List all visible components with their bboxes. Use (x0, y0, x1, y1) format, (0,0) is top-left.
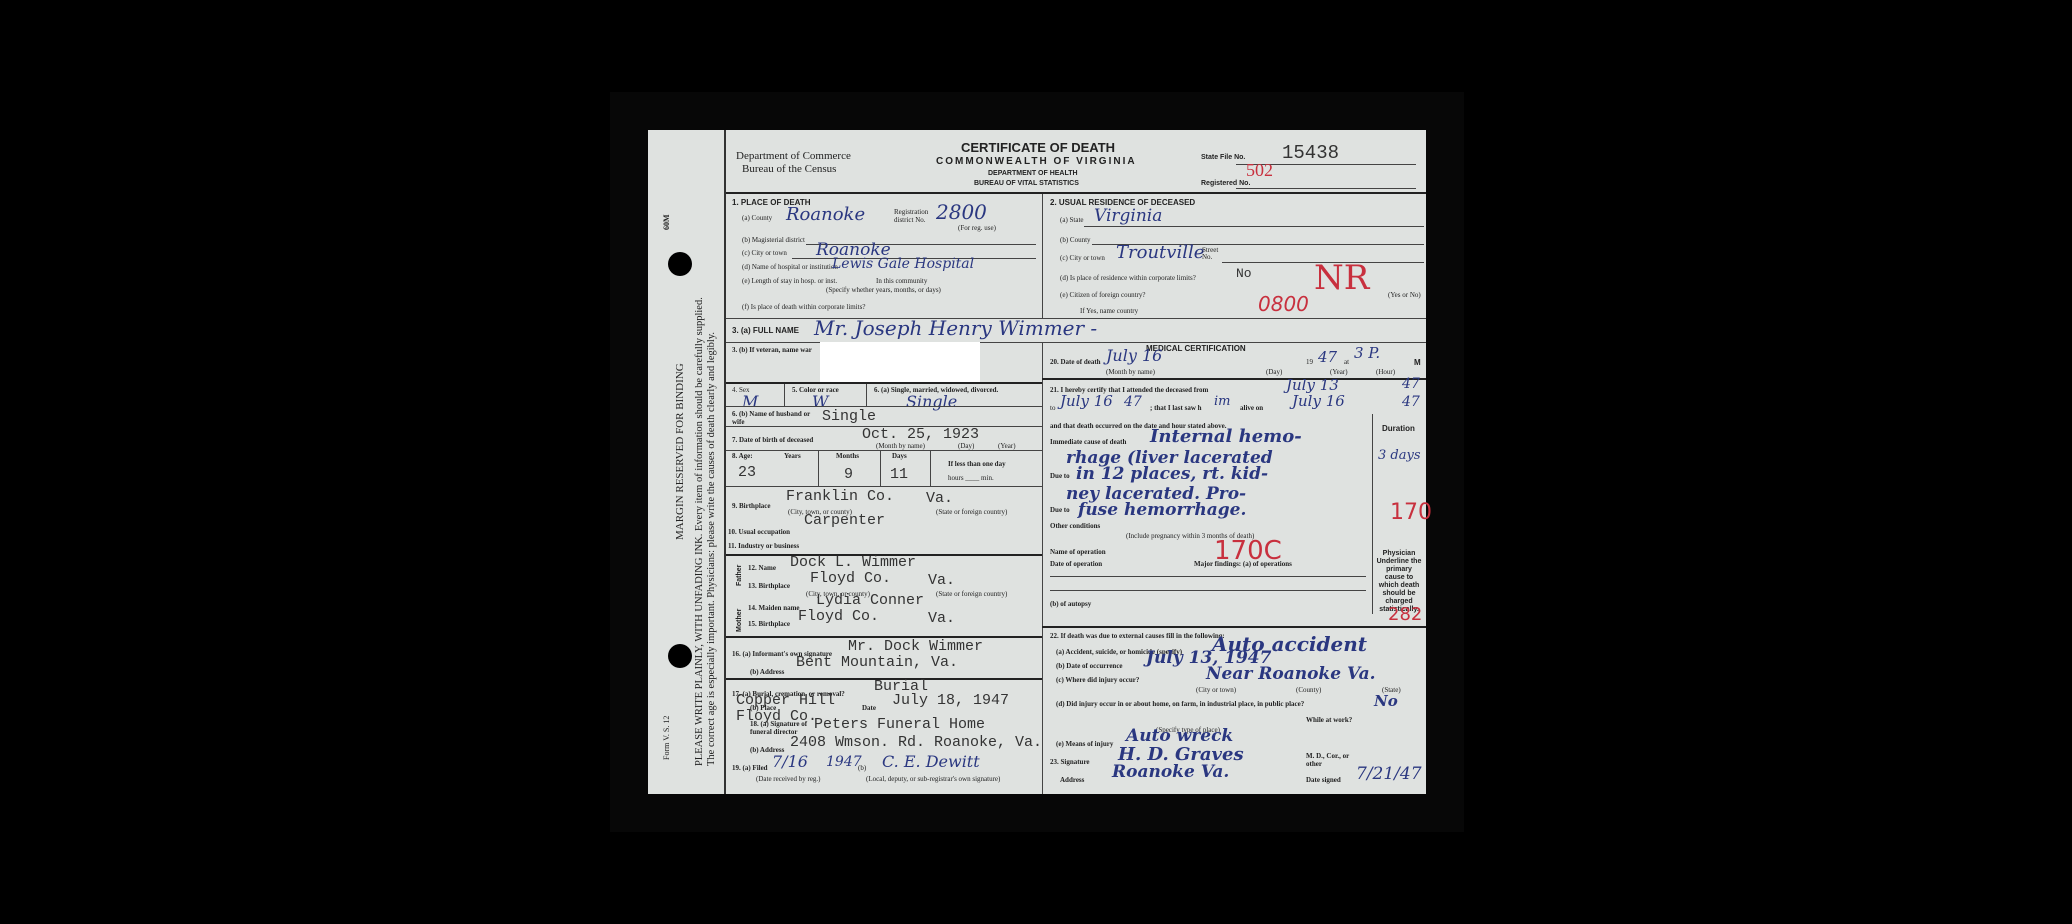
mother-birthplace-city: Floyd Co. (798, 608, 879, 625)
red-code-170: 170 (1390, 500, 1432, 525)
filed-date: 7/16 (772, 752, 808, 771)
residence-state: Virginia (1094, 206, 1162, 226)
funeral-director-address: 2408 Wmson. Rd. Roanoke, Va. (790, 734, 1042, 751)
binding-margin: Form V. S. 12 60M MARGIN RESERVED FOR BI… (648, 130, 724, 794)
registered-label: Registered No. (1201, 180, 1250, 187)
state-file-number: 15438 (1282, 142, 1339, 164)
attended-from-year: 47 (1402, 376, 1420, 392)
date-signed: 7/21/47 (1356, 764, 1422, 784)
state-file-label: State File No. (1201, 154, 1245, 161)
father-name: Dock L. Wimmer (790, 554, 916, 571)
informant-signature: Mr. Dock Wimmer (848, 638, 983, 655)
binding-note: MARGIN RESERVED FOR BINDING (674, 363, 686, 540)
informant-address: Bent Mountain, Va. (796, 654, 958, 671)
marital-status: Single (906, 392, 957, 411)
hospital-name: Lewis Gale Hospital (832, 256, 974, 272)
bureau-census: Bureau of the Census (742, 163, 836, 175)
redacted-area (820, 342, 980, 382)
sex: M (742, 392, 758, 411)
form-body: Department of Commerce Bureau of the Cen… (724, 130, 1426, 794)
cause-line-5: fuse hemorrhage. (1078, 500, 1246, 520)
duration-value: 3 days (1378, 448, 1421, 463)
mother-birthplace-state: Va. (928, 610, 955, 627)
death-county: Roanoke (786, 204, 865, 225)
father-birthplace-city: Floyd Co. (810, 570, 891, 587)
registrar-signature: C. E. Dewitt (882, 752, 980, 771)
certificate-title: CERTIFICATE OF DEATH (961, 140, 1115, 155)
mother-maiden-name: Lydia Conner (816, 592, 924, 609)
last-saw-pronoun: im (1214, 394, 1231, 409)
death-certificate: Form V. S. 12 60M MARGIN RESERVED FOR BI… (648, 130, 1426, 794)
full-name: Mr. Joseph Henry Wimmer - (814, 316, 1097, 340)
residence-corporate: No (1236, 266, 1252, 281)
funeral-director: Peters Funeral Home (814, 716, 985, 733)
death-hour: 3 P. (1354, 344, 1380, 362)
red-code-282: 282 (1388, 604, 1422, 625)
injury-location: Near Roanoke Va. (1206, 664, 1376, 684)
cause-line-3: in 12 places, rt. kid- (1076, 464, 1268, 484)
alive-year: 47 (1402, 394, 1420, 410)
physician-address: Roanoke Va. (1112, 762, 1229, 782)
attended-to-year: 47 (1124, 394, 1142, 410)
residence-city: Troutville (1116, 242, 1204, 263)
birthplace-city: Franklin Co. (786, 488, 894, 505)
instruction-line-2: The correct age is especially important.… (706, 332, 717, 766)
form-number: Form V. S. 12 (662, 716, 671, 760)
commonwealth-title: COMMONWEALTH OF VIRGINIA (936, 156, 1137, 167)
dept-health: DEPARTMENT OF HEALTH (988, 170, 1078, 177)
means-of-injury: Auto wreck (1126, 726, 1233, 746)
filed-year: 1947 (826, 754, 862, 770)
cause-line-1: Internal hemo- (1150, 426, 1302, 447)
birthplace-state: Va. (926, 490, 953, 507)
spouse-name: Single (822, 408, 876, 425)
death-year: 47 (1318, 348, 1337, 366)
print-code: 60M (662, 214, 671, 230)
red-code-0800: 0800 (1258, 292, 1309, 316)
injury-home: No (1374, 692, 1398, 710)
instruction-line-1: PLEASE WRITE PLAINLY, WITH UNFADING INK.… (694, 297, 705, 766)
age-years: 23 (738, 464, 756, 481)
dept-commerce: Department of Commerce (736, 150, 851, 162)
punch-hole-icon (668, 252, 692, 276)
occupation: Carpenter (804, 512, 885, 529)
date-of-death: July 16 (1106, 346, 1162, 365)
alive-on: July 16 (1292, 392, 1345, 410)
bureau-vital: BUREAU OF VITAL STATISTICS (974, 180, 1079, 187)
burial-date: July 18, 1947 (892, 692, 1009, 709)
age-months: 9 (844, 466, 853, 483)
date-of-birth: Oct. 25, 1923 (862, 426, 979, 443)
registration-district: 2800 (936, 200, 987, 224)
red-initials: NR (1314, 258, 1369, 298)
attended-to: July 16 (1060, 392, 1113, 410)
punch-hole-icon (668, 644, 692, 668)
age-days: 11 (890, 466, 908, 483)
father-birthplace-state: Va. (928, 572, 955, 589)
registered-number: 502 (1246, 160, 1273, 181)
